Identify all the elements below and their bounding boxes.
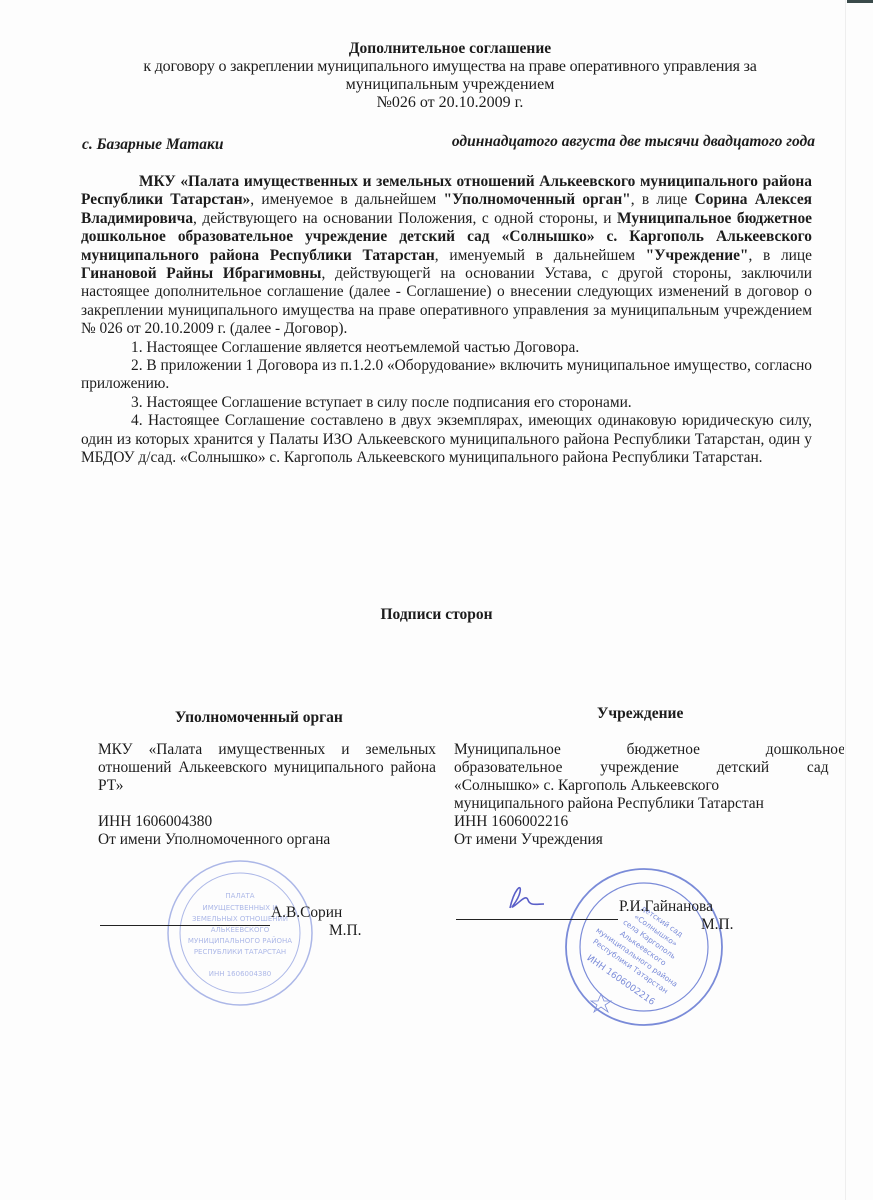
svg-text:МУНИЦИПАЛЬНОГО РАЙОНА: МУНИЦИПАЛЬНОГО РАЙОНА [188,936,292,945]
org1-alias: "Уполномоченный орган" [444,191,631,208]
party-left-inn: ИНН 1606004380 [98,813,436,831]
agreement-body: МКУ «Палата имущественных и земельных от… [81,173,812,468]
party-left-details: МКУ «Палата имущественных и земельных от… [98,741,436,849]
party-right-on-behalf: От имени Учреждения [454,831,844,849]
left-seal-place: М.П. [329,922,362,940]
right-signer-name: Р.И.Гайнанова [619,898,713,916]
party-right-org-line4: муниципального района Республики Татарст… [454,795,844,813]
clause-3: 3. Настоящее Соглашение вступает в силу … [81,394,812,412]
document-date: одиннадцатого августа две тысячи двадцат… [452,133,815,151]
svg-text:Алькеевского: Алькеевского [618,929,668,968]
svg-text:АЛЬКЕЕВСКОГО: АЛЬКЕЕВСКОГО [211,926,270,934]
svg-text:ИНН 1606004380: ИНН 1606004380 [209,970,272,978]
org2-alias: "Учреждение" [646,247,749,264]
svg-text:ПАЛАТА: ПАЛАТА [225,892,254,900]
party-right-org-line3: «Солнышко» с. Каргополь Алькеевского [454,777,844,795]
right-seal-place: М.П. [701,916,734,934]
party-right-org-line2: образовательное учреждение детский сад [454,759,844,777]
document-subtitle: к договору о закреплении муниципального … [80,58,820,76]
left-signer-name: А.В.Сорин [271,904,342,922]
party-left-heading: Уполномоченный орган [175,709,343,727]
document-subtitle-2: муниципальным учреждением [80,76,820,94]
svg-text:ИНН 1606002216: ИНН 1606002216 [585,953,657,1007]
contract-number: №026 от 20.10.2009 г. [80,94,820,112]
right-signature-line [456,919,618,920]
svg-text:Республики Татарстан: Республики Татарстан [591,937,670,996]
left-seal-stamp-icon: ПАЛАТА ИМУЩЕСТВЕННЫХ И ЗЕМЕЛЬНЫХ ОТНОШЕН… [165,858,315,1008]
right-seal-stamp-icon: детский сад «Солнышко» села Каргополь Ал… [563,866,725,1028]
left-signature-line [100,925,270,926]
party-right-details: Муниципальное бюджетное дошкольное образ… [454,741,844,849]
preamble-paragraph: МКУ «Палата имущественных и земельных от… [81,173,812,339]
clause-1: 1. Настоящее Соглашение является неотъем… [81,339,812,357]
handwritten-signature-icon [500,880,550,915]
party-left-org: МКУ «Палата имущественных и земельных от… [98,741,436,795]
party-left-on-behalf: От имени Уполномоченного органа [98,831,436,849]
scan-corner-mark [847,0,873,3]
svg-text:муниципального района: муниципального района [594,926,679,989]
document-page: Дополнительное соглашение к договору о з… [0,0,873,1200]
party-right-org-line1: Муниципальное бюджетное дошкольное [454,741,844,759]
clause-2: 2. В приложении 1 Договора из п.1.2.0 «О… [81,357,812,394]
svg-text:ИМУЩЕСТВЕННЫХ И: ИМУЩЕСТВЕННЫХ И [203,904,278,912]
party-right-heading: Учреждение [597,705,683,723]
signatures-heading: Подписи сторон [0,606,873,624]
svg-text:РЕСПУБЛИКИ ТАТАРСТАН: РЕСПУБЛИКИ ТАТАРСТАН [194,948,286,956]
svg-text:«Солнышко»: «Солнышко» [632,912,679,949]
svg-text:села Каргополь: села Каргополь [621,918,677,961]
rep2-name: Гинановой Райны Ибрагимовны [81,265,321,282]
scan-edge-line [845,0,846,1200]
document-title: Дополнительное соглашение [80,40,820,58]
clause-4: 4. Настоящее Соглашение составлено в дву… [81,412,812,467]
party-right-inn: ИНН 1606002216 [454,813,844,831]
document-place: с. Базарные Матаки [82,136,223,154]
